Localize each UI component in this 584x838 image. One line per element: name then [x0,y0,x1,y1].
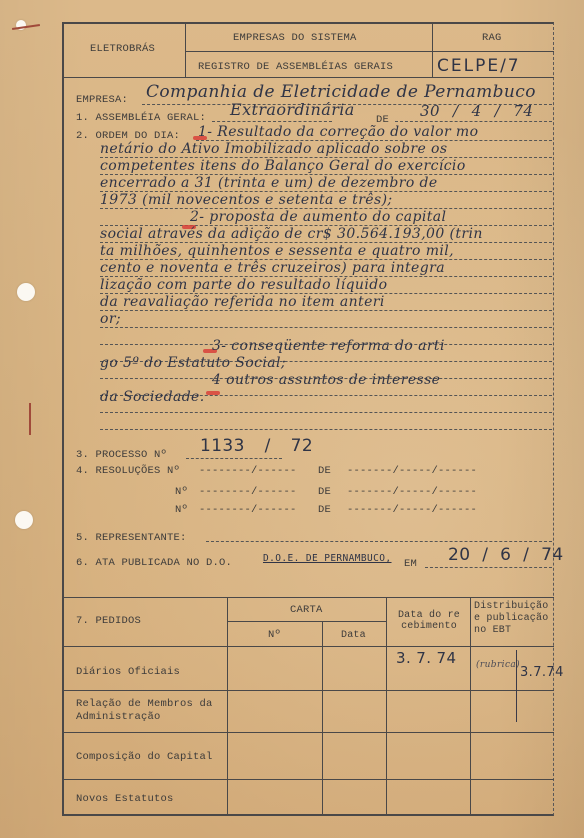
red-mark-item-4 [206,391,220,395]
ordem-text-line: 1973 (mil novecentos e setenta e três); [100,192,393,208]
representante-line [206,541,552,542]
pedido-distribuicao-note: (rubrica) [476,660,520,670]
ordem-text-line: 3- conseqüente reforma do arti [212,338,445,354]
ordem-text-line: 4 outros assuntos de interesse [212,372,440,388]
ordem-text-line: netário do Ativo Imobilizado aplicado so… [100,141,447,157]
ordem-text-line: 1- Resultado da correção do valor mo [198,124,478,140]
pedido-row-label: Diários Oficiais [76,666,180,678]
col-divider-1 [227,597,228,816]
resolucao-num[interactable]: --------/------ [199,465,297,477]
col-distribuicao-header: Distribuição e publicação no EBT [474,601,554,637]
col-divider-2 [322,621,323,816]
header-bottom-line [62,77,554,78]
carta-header: CARTA [290,604,323,616]
assembleia-value[interactable]: Extraordinária [230,100,355,119]
resolucao-date[interactable]: -------/-----/------ [347,486,477,498]
col-divider-4 [470,597,471,816]
rag-label: RAG [482,32,502,44]
resolucao-num[interactable]: --------/------ [199,486,297,498]
form-title: REGISTRO DE ASSEMBLÉIAS GERAIS [198,61,393,73]
ata-date[interactable]: 20 / 6 / 74 [448,545,564,565]
ordem-text-line: da reavaliação referida no item anteri [100,294,385,310]
processo-line [186,458,282,459]
pedidos-header-bottom [62,646,554,647]
resolucao-num[interactable]: --------/------ [199,504,297,516]
resolucao-date[interactable]: -------/-----/------ [347,504,477,516]
rag-value: CELPE/7 [437,56,521,76]
empresa-value[interactable]: Companhia de Eletricidade de Pernambuco [146,82,536,102]
resolucao-de: DE [318,486,331,498]
signature-bracket [516,650,517,722]
row-line-1 [62,690,554,691]
ordem-line-12 [100,327,552,328]
pedido-row-label: Relação de Membros da Administração [76,698,226,724]
col-recebimento-header: Data do re cebimento [391,610,467,632]
pedido-recebimento[interactable]: 3. 7. 74 [396,649,456,667]
resolucoes-label: 4. RESOLUÇÕES Nº [76,465,180,477]
row-line-2 [62,732,554,733]
processo-label: 3. PROCESSO Nº [76,449,167,461]
carta-split-line [227,621,386,622]
org-name: ELETROBRÁS [90,43,155,55]
em-label: EM [404,558,417,570]
ordem-line-18 [100,429,552,430]
stray-red-mark [29,403,31,435]
ata-do-value[interactable]: D.O.E. DE PERNAMBUCO, [263,553,392,564]
col-divider-3 [386,597,387,816]
ordem-text-line: 2- proposta de aumento do capital [190,209,446,225]
col-no-header: Nº [268,629,281,641]
ordem-line-11 [100,310,552,311]
ordem-text-line: or; [100,311,121,327]
ordem-text-line: go 5º do Estatuto Social; [100,355,286,371]
resolucao-de: DE [318,504,331,516]
header-mid-line [185,51,554,52]
empresa-label: EMPRESA: [76,94,128,106]
pedido-distribuicao-date[interactable]: 3.7.74 [520,665,564,680]
representante-label: 5. REPRESENTANTE: [76,532,187,544]
ordem-text-line: social através da adição de cr$ 30.564.1… [100,226,483,242]
punch-hole-upper [17,283,35,301]
ordem-text-line: cento e noventa e três cruzeiros) para i… [100,260,445,276]
header-divider-2 [432,22,433,77]
system-title: EMPRESAS DO SISTEMA [233,32,357,44]
assembleia-date[interactable]: 30 / 4 / 74 [420,102,533,120]
ata-label: 6. ATA PUBLICADA NO D.O. [76,557,232,569]
punch-hole-lower [15,511,33,529]
ordem-line-17 [100,412,552,413]
pedido-row-label: Novos Estatutos [76,793,174,805]
resolucao-de: DE [318,465,331,477]
processo-value[interactable]: 1133 / 72 [200,436,313,456]
col-data-header: Data [341,630,366,641]
resolucao-date[interactable]: -------/-----/------ [347,465,477,477]
pedido-row-label: Composição do Capital [76,751,213,763]
ordem-text-line: ta milhões, quinhentos e sessenta e quat… [100,243,454,259]
resolucao-no-label: Nº [175,504,188,516]
pedidos-top-line [62,597,554,598]
assembleia-date-line [395,121,552,122]
row-line-3 [62,779,554,780]
resolucao-no-label: Nº [175,486,188,498]
ordem-text-line: encerrado a 31 (trinta e um) de dezembro… [100,175,438,191]
ordem-text-line: da Sociedade. [100,389,205,405]
ordem-text-line: lização com parte do resultado líquido [100,277,387,293]
ordem-text-line: competentes itens do Balanço Geral do ex… [100,158,466,174]
pedidos-title: 7. PEDIDOS [76,615,141,627]
assembleia-label: 1. ASSEMBLÉIA GERAL: [76,112,206,124]
ata-date-line [425,567,552,568]
header-divider-1 [185,22,186,77]
assembleia-line [212,121,332,122]
